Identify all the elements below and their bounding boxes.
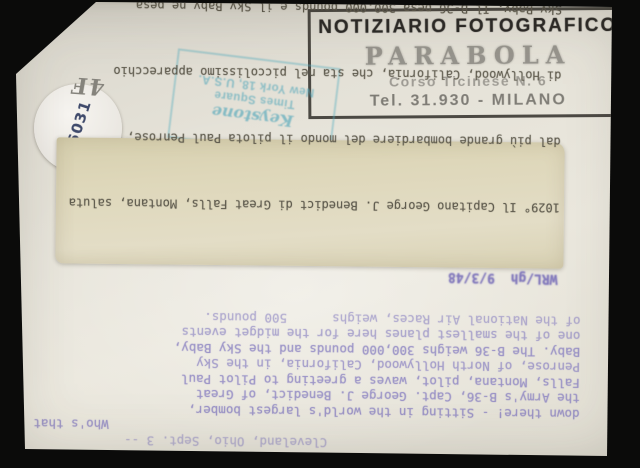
caption-line: one of the smallest planes here for the …	[30, 323, 580, 344]
caption-line: Penrose, of North Hollywood, California,…	[30, 354, 580, 375]
caption-line: of the National Air Races, weighs 500 po…	[30, 308, 580, 329]
slip-line: Sky Baby. Il B-36 pesa 300.000 pounds e …	[62, 0, 562, 21]
id-sticker: 36031	[34, 84, 122, 172]
distributor-address-line1: Times Square	[213, 89, 295, 111]
caption-line: Falls, Montana, pilot, waves a greeting …	[30, 370, 580, 391]
caption-line: the Army's B-36, Capt. George J. Benedic…	[30, 385, 580, 406]
photo-print-verso: NOTIZIARIO FOTOGRAFICO PARABOLA Corso Ti…	[0, 0, 640, 468]
id-sticker-number: 36031	[61, 98, 96, 158]
caption-line: down there! - Sitting in the world's lar…	[29, 401, 579, 422]
stamp-agency-address: Corso Ticinese N. 6	[389, 72, 547, 89]
typed-english-caption: Cleveland, Ohio, Sept. 3 -- Who's that d…	[29, 283, 581, 453]
distributor-stamp-upside-down: Keystone Times Square New York 18, U.S.A…	[167, 48, 341, 157]
italian-caption-text: 1029° Il Capitano George J. Benedict di …	[59, 141, 560, 262]
distributor-address-line2: New York 18, U.S.A.	[197, 73, 315, 99]
caption-headline-fragment: Who's that	[29, 416, 579, 437]
stamp-agency-phone: Tel. 31.930 - MILANO	[370, 91, 567, 110]
date-code-stamp: WRL/gh 9/3/48	[448, 269, 558, 286]
parabola-agency-stamp: NOTIZIARIO FOTOGRAFICO PARABOLA Corso Ti…	[308, 7, 629, 119]
slip-line: di Hollywood, California, che sta nel pi…	[61, 59, 561, 86]
caption-line: Baby. The B-36 weighs 300,000 pounds and…	[30, 339, 580, 360]
slip-line: 1029° Il Capitano George J. Benedict di …	[60, 191, 560, 218]
scanned-photo-back: NOTIZIARIO FOTOGRAFICO PARABOLA Corso Ti…	[0, 0, 640, 468]
slip-line: dal più grande bombardiere del mondo il …	[61, 125, 561, 152]
pencil-note: 4F	[57, 57, 110, 100]
caption-dateline: Cleveland, Ohio, Sept. 3 --	[29, 432, 327, 451]
italian-caption-slip: 1029° Il Capitano George J. Benedict di …	[55, 137, 564, 268]
stamp-agency-title: NOTIZIARIO FOTOGRAFICO	[318, 15, 617, 39]
distributor-name: Keystone	[210, 102, 294, 131]
stamp-agency-name: PARABOLA	[365, 40, 572, 70]
